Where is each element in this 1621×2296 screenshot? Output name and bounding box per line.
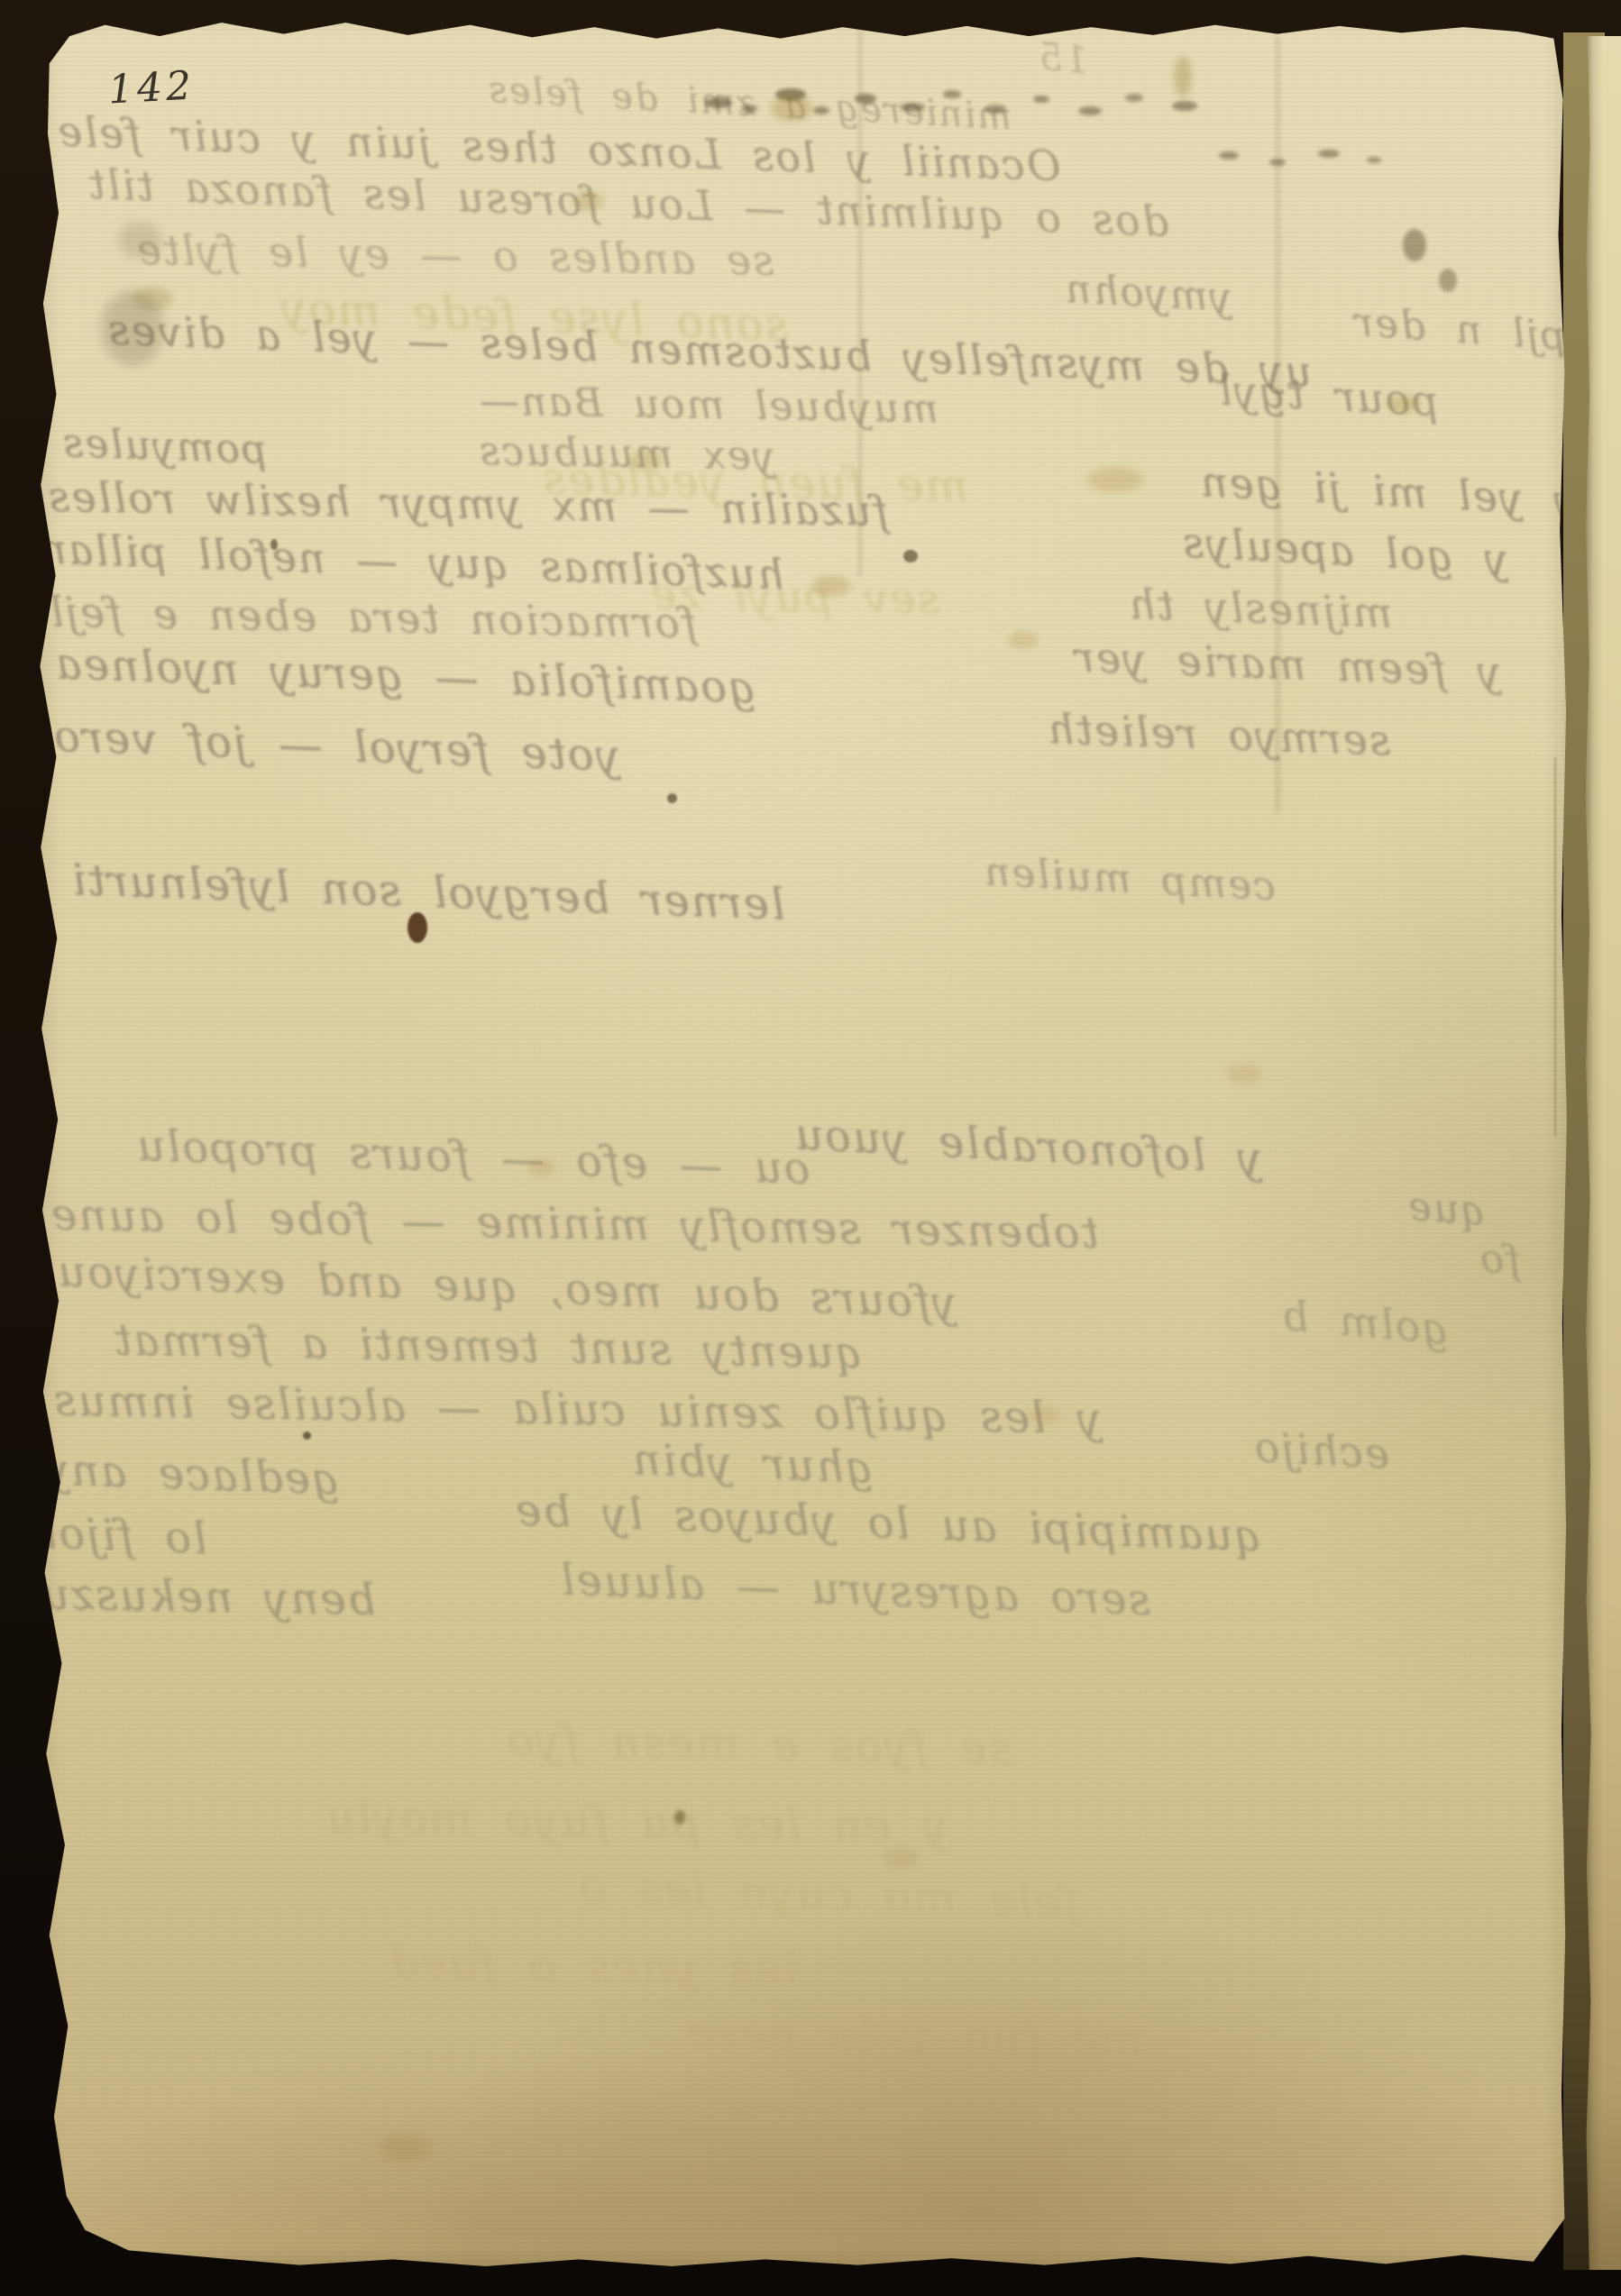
paper-crease: [1277, 36, 1279, 811]
crease-layer: [20, 9, 1572, 2275]
paper-crease: [859, 27, 861, 577]
next-folio-edge: [1585, 36, 1621, 2270]
manuscript-scan: miniereg a zmi de feles15Ocaniil y los L…: [0, 0, 1621, 2296]
page-number: 142: [107, 63, 197, 114]
paper-crease: [1554, 757, 1556, 1136]
folio-page: miniereg a zmi de feles15Ocaniil y los L…: [20, 9, 1572, 2275]
